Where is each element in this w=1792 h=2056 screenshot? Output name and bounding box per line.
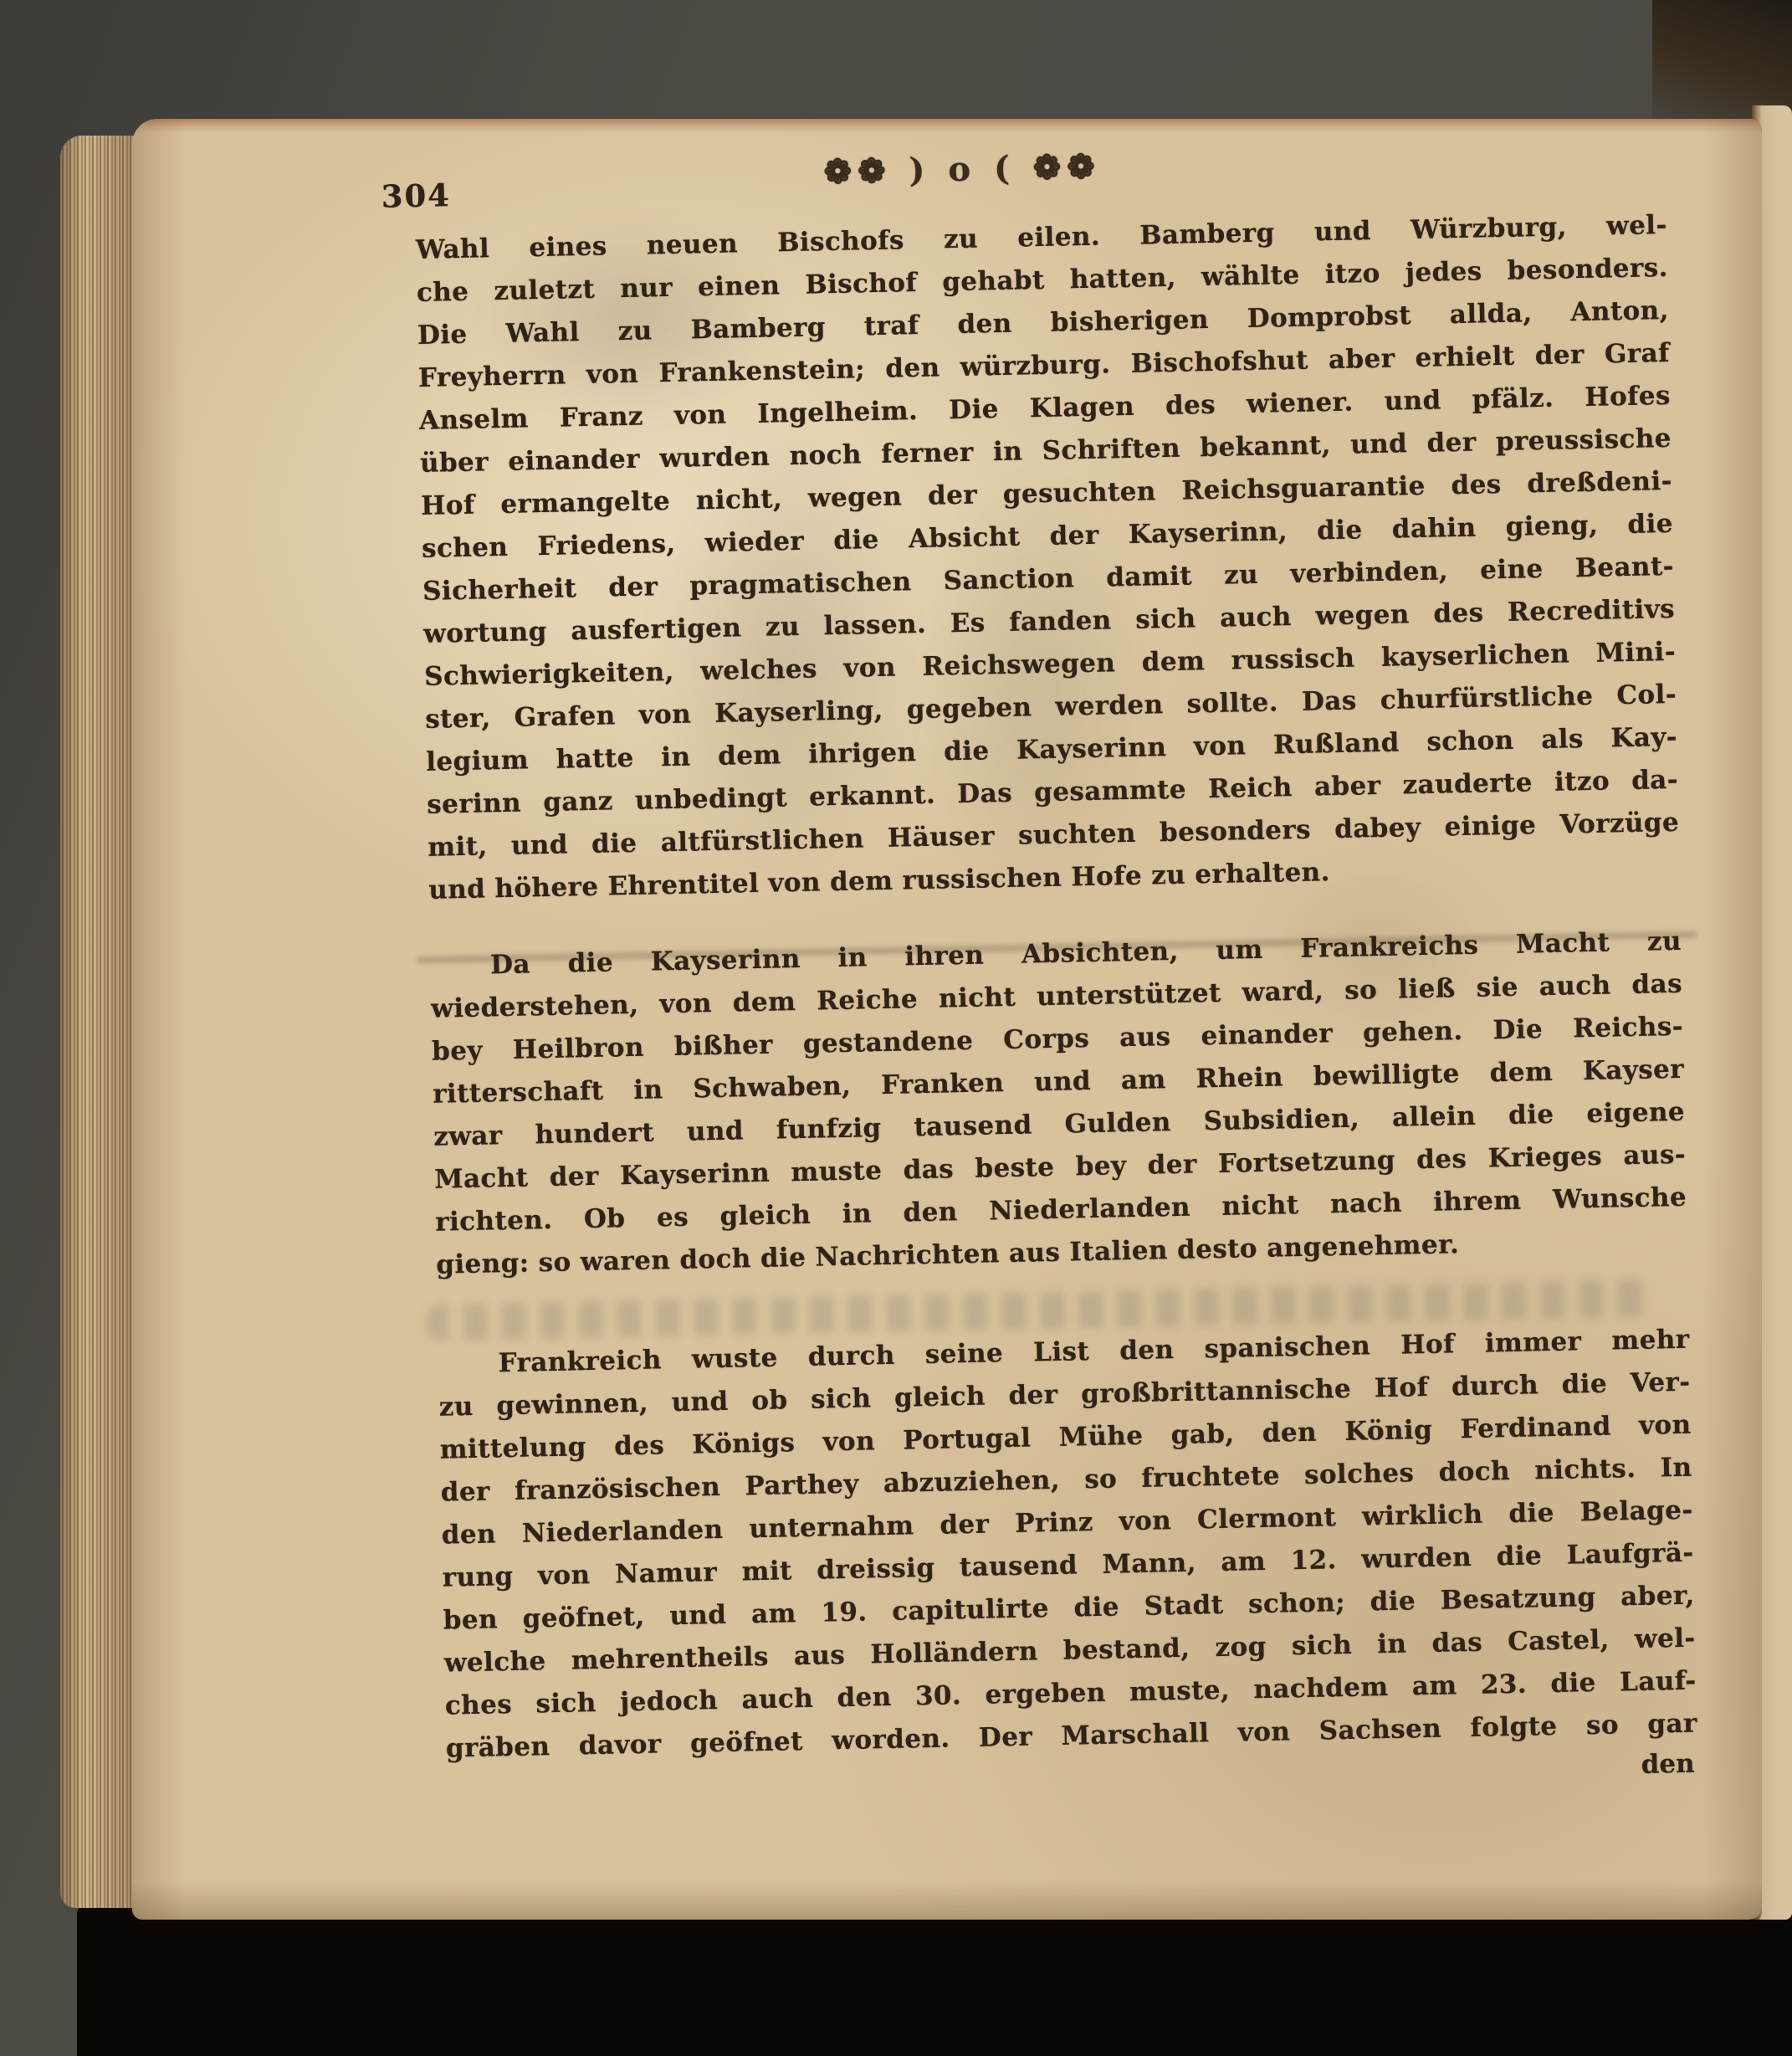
header-ornament: ❁❁ ) o ( ❁❁ (823, 147, 1101, 192)
scanned-book-photo: { "colors": { "background": "#4b4a43", "… (0, 0, 1792, 2056)
text-block: 304 ❁❁ ) o ( ❁❁ Wahl eines neuen Bischof… (414, 142, 1698, 1804)
paragraph: Frankreich wuste durch seine List den sp… (438, 1319, 1697, 1771)
page-number: 304 (381, 177, 451, 215)
paragraph: Da die Kayserinn in ihren Absichten, um … (430, 920, 1688, 1287)
paragraph: Wahl eines neuen Bischofs zu eilen. Bamb… (415, 204, 1680, 912)
book-page: 304 ❁❁ ) o ( ❁❁ Wahl eines neuen Bischof… (132, 119, 1762, 1920)
paragraphs-container: Wahl eines neuen Bischofs zu eilen. Bamb… (415, 204, 1697, 1771)
stacked-page-edges (60, 136, 141, 1908)
